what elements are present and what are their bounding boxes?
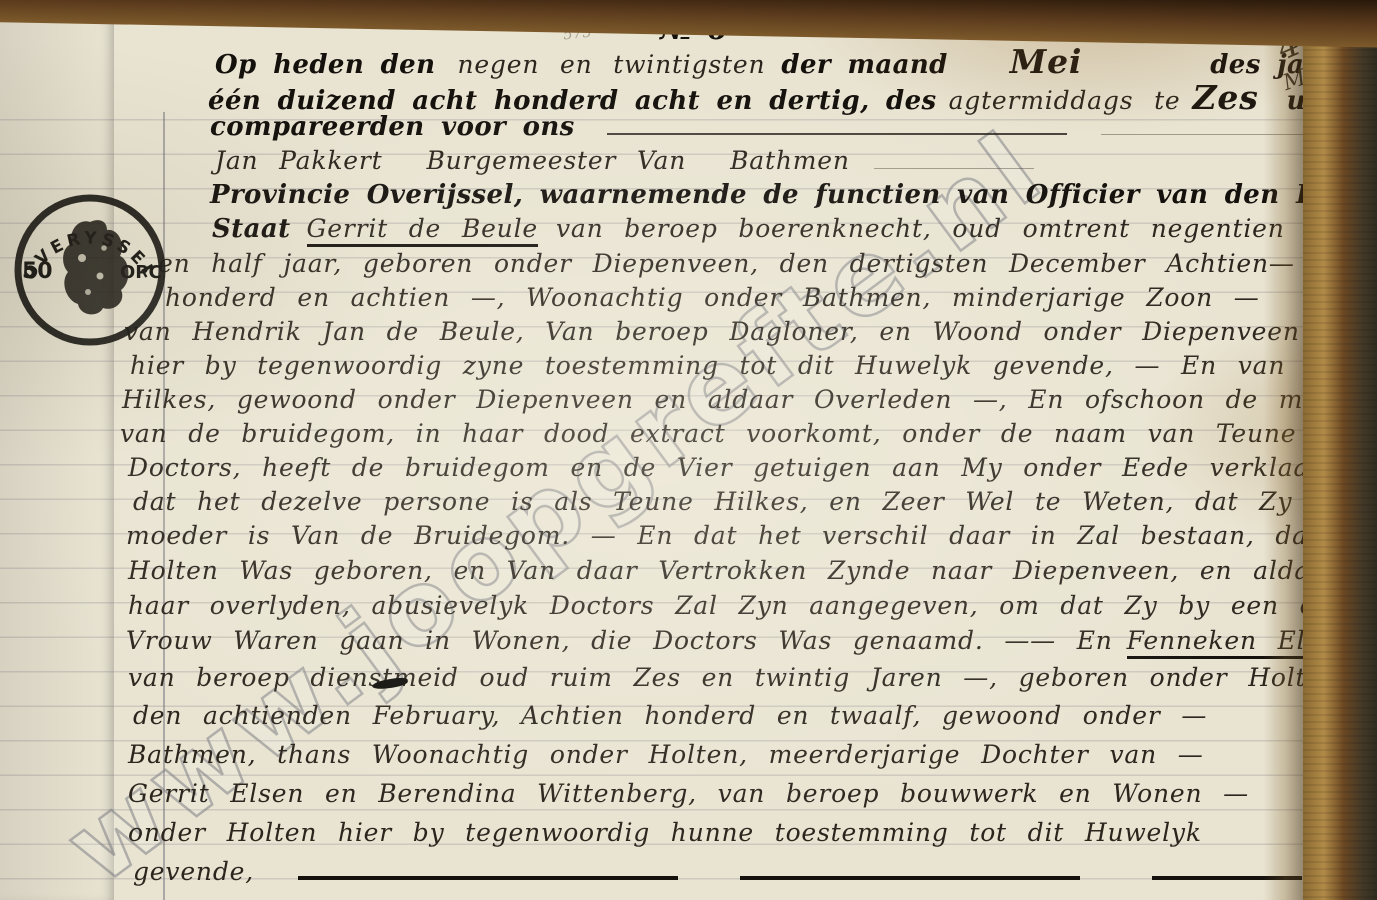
page-block-texture [1303,0,1377,900]
overijssel-stamp: OVERYSSEL 50 OPC [8,188,172,352]
page-curl-shadow [1263,0,1307,900]
handwritten-text: den achtienden February, Achtien honderd… [133,701,1207,730]
document-line-11: Hilkes, gewoond onder Diepenveen en alda… [122,385,1377,414]
blank-rule [607,116,1067,135]
handwritten-text: negen en twintigsten [457,50,765,79]
handwritten-text: der maand [781,50,947,80]
handwritten-text: van de bruidegom, in haar dood extract v… [120,419,1296,448]
handwritten-text: Bathmen, thans Woonachtig onder Holten, … [128,740,1204,769]
handwritten-text: moeder is Van de Bruidegom. — En dat het… [126,521,1377,550]
document-line-1: Op heden dennegen en twintigstender maan… [215,42,1351,81]
document-line-20: den achtienden February, Achtien honderd… [133,701,1207,730]
scanned-document-page: www.joopgrefte.nl Op heden dennegen en t… [0,0,1377,900]
handwritten-text: compareerden voor ons [210,112,575,142]
document-line-15: moeder is Van de Bruidegom. — En dat het… [126,521,1377,550]
document-line-21: Bathmen, thans Woonachtig onder Holten, … [128,740,1204,769]
handwritten-text: van Hendrik Jan de Beule, Van beroep Dag… [124,317,1300,346]
handwritten-text: Provincie Overijssel, waarnemende de fun… [210,180,1377,210]
handwritten-text: Gerrit Elsen en Berendina Wittenberg, va… [128,779,1249,808]
document-line-23: onder Holten hier by tegenwoordig hunne … [128,818,1202,847]
handwritten-text: onder Holten hier by tegenwoordig hunne … [128,818,1202,847]
document-line-16: Holten Was geboren, en Van daar Vertrokk… [128,556,1377,585]
document-line-19: van beroep dienstmeid oud ruim Zes en tw… [128,663,1348,692]
handwritten-text: haar overlyden, abusievelyk Doctors Zal … [128,591,1365,620]
handwritten-text: Mei [1010,42,1082,81]
handwritten-text: Bathmen [730,146,850,175]
document-line-10: hier by tegenwoordig zyne toestemming to… [130,351,1377,380]
document-line-6: StaatGerrit de Beulevan beroep boerenkne… [212,214,1285,247]
book-spine-edge [1303,0,1377,900]
handwritten-text: Gerrit de Beule [307,214,538,247]
handwritten-text: honderd en achtien —, Woonachtig onder B… [165,283,1260,312]
handwritten-text: van beroep boerenknecht, oud omtrent neg… [556,214,1285,243]
handwritten-text: Doctors, heeft de bruidegom en de Vier g… [128,453,1339,482]
document-line-7: en half jaar, geboren onder Diepenveen, … [158,249,1295,278]
document-line-4: Jan PakkertBurgemeester VanBathmen [215,146,1034,175]
document-line-14: dat het dezelve persone is als Teune Hil… [133,487,1345,516]
handwritten-text: Staat [212,214,291,244]
document-line-5: Provincie Overijssel, waarnemende de fun… [210,180,1377,210]
document-line-18: Vrouw Waren gaan in Wonen, die Doctors W… [126,626,1352,659]
document-line-8: honderd en achtien —, Woonachtig onder B… [165,283,1260,312]
handwritten-text: Op heden den [215,50,435,80]
handwritten-text: Holten Was geboren, en Van daar Vertrokk… [128,556,1377,585]
handwritten-text: Burgemeester Van [426,146,686,175]
handwritten-text: Jan Pakkert [215,146,382,175]
document-line-3: compareerden voor ons [210,112,1351,142]
handwritten-text: Hilkes, gewoond onder Diepenveen en alda… [122,385,1377,414]
document-line-9: van Hendrik Jan de Beule, Van beroep Dag… [124,317,1300,346]
handwritten-text: gevende, [133,857,254,886]
handwritten-text: dat het dezelve persone is als Teune Hil… [133,487,1345,516]
handwritten-text: Vrouw Waren gaan in Wonen, die Doctors W… [126,626,1113,655]
blank-rule [298,859,678,880]
document-line-22: Gerrit Elsen en Berendina Wittenberg, va… [128,779,1249,808]
handwritten-text: van beroep dienstmeid oud ruim Zes en tw… [128,663,1348,692]
handwritten-text: hier by tegenwoordig zyne toestemming to… [130,351,1377,380]
blank-rule [874,151,1034,169]
stamp-left-value: 50 [22,259,53,284]
document-line-24: gevende, [133,857,1302,886]
handwritten-text: agtermiddags te [949,86,1181,115]
handwritten-text: en half jaar, geboren onder Diepenveen, … [158,249,1295,278]
document-line-12: van de bruidegom, in haar dood extract v… [120,419,1296,448]
document-line-17: haar overlyden, abusievelyk Doctors Zal … [128,591,1365,620]
blank-rule [740,859,1080,880]
document-line-13: Doctors, heeft de bruidegom en de Vier g… [128,453,1339,482]
